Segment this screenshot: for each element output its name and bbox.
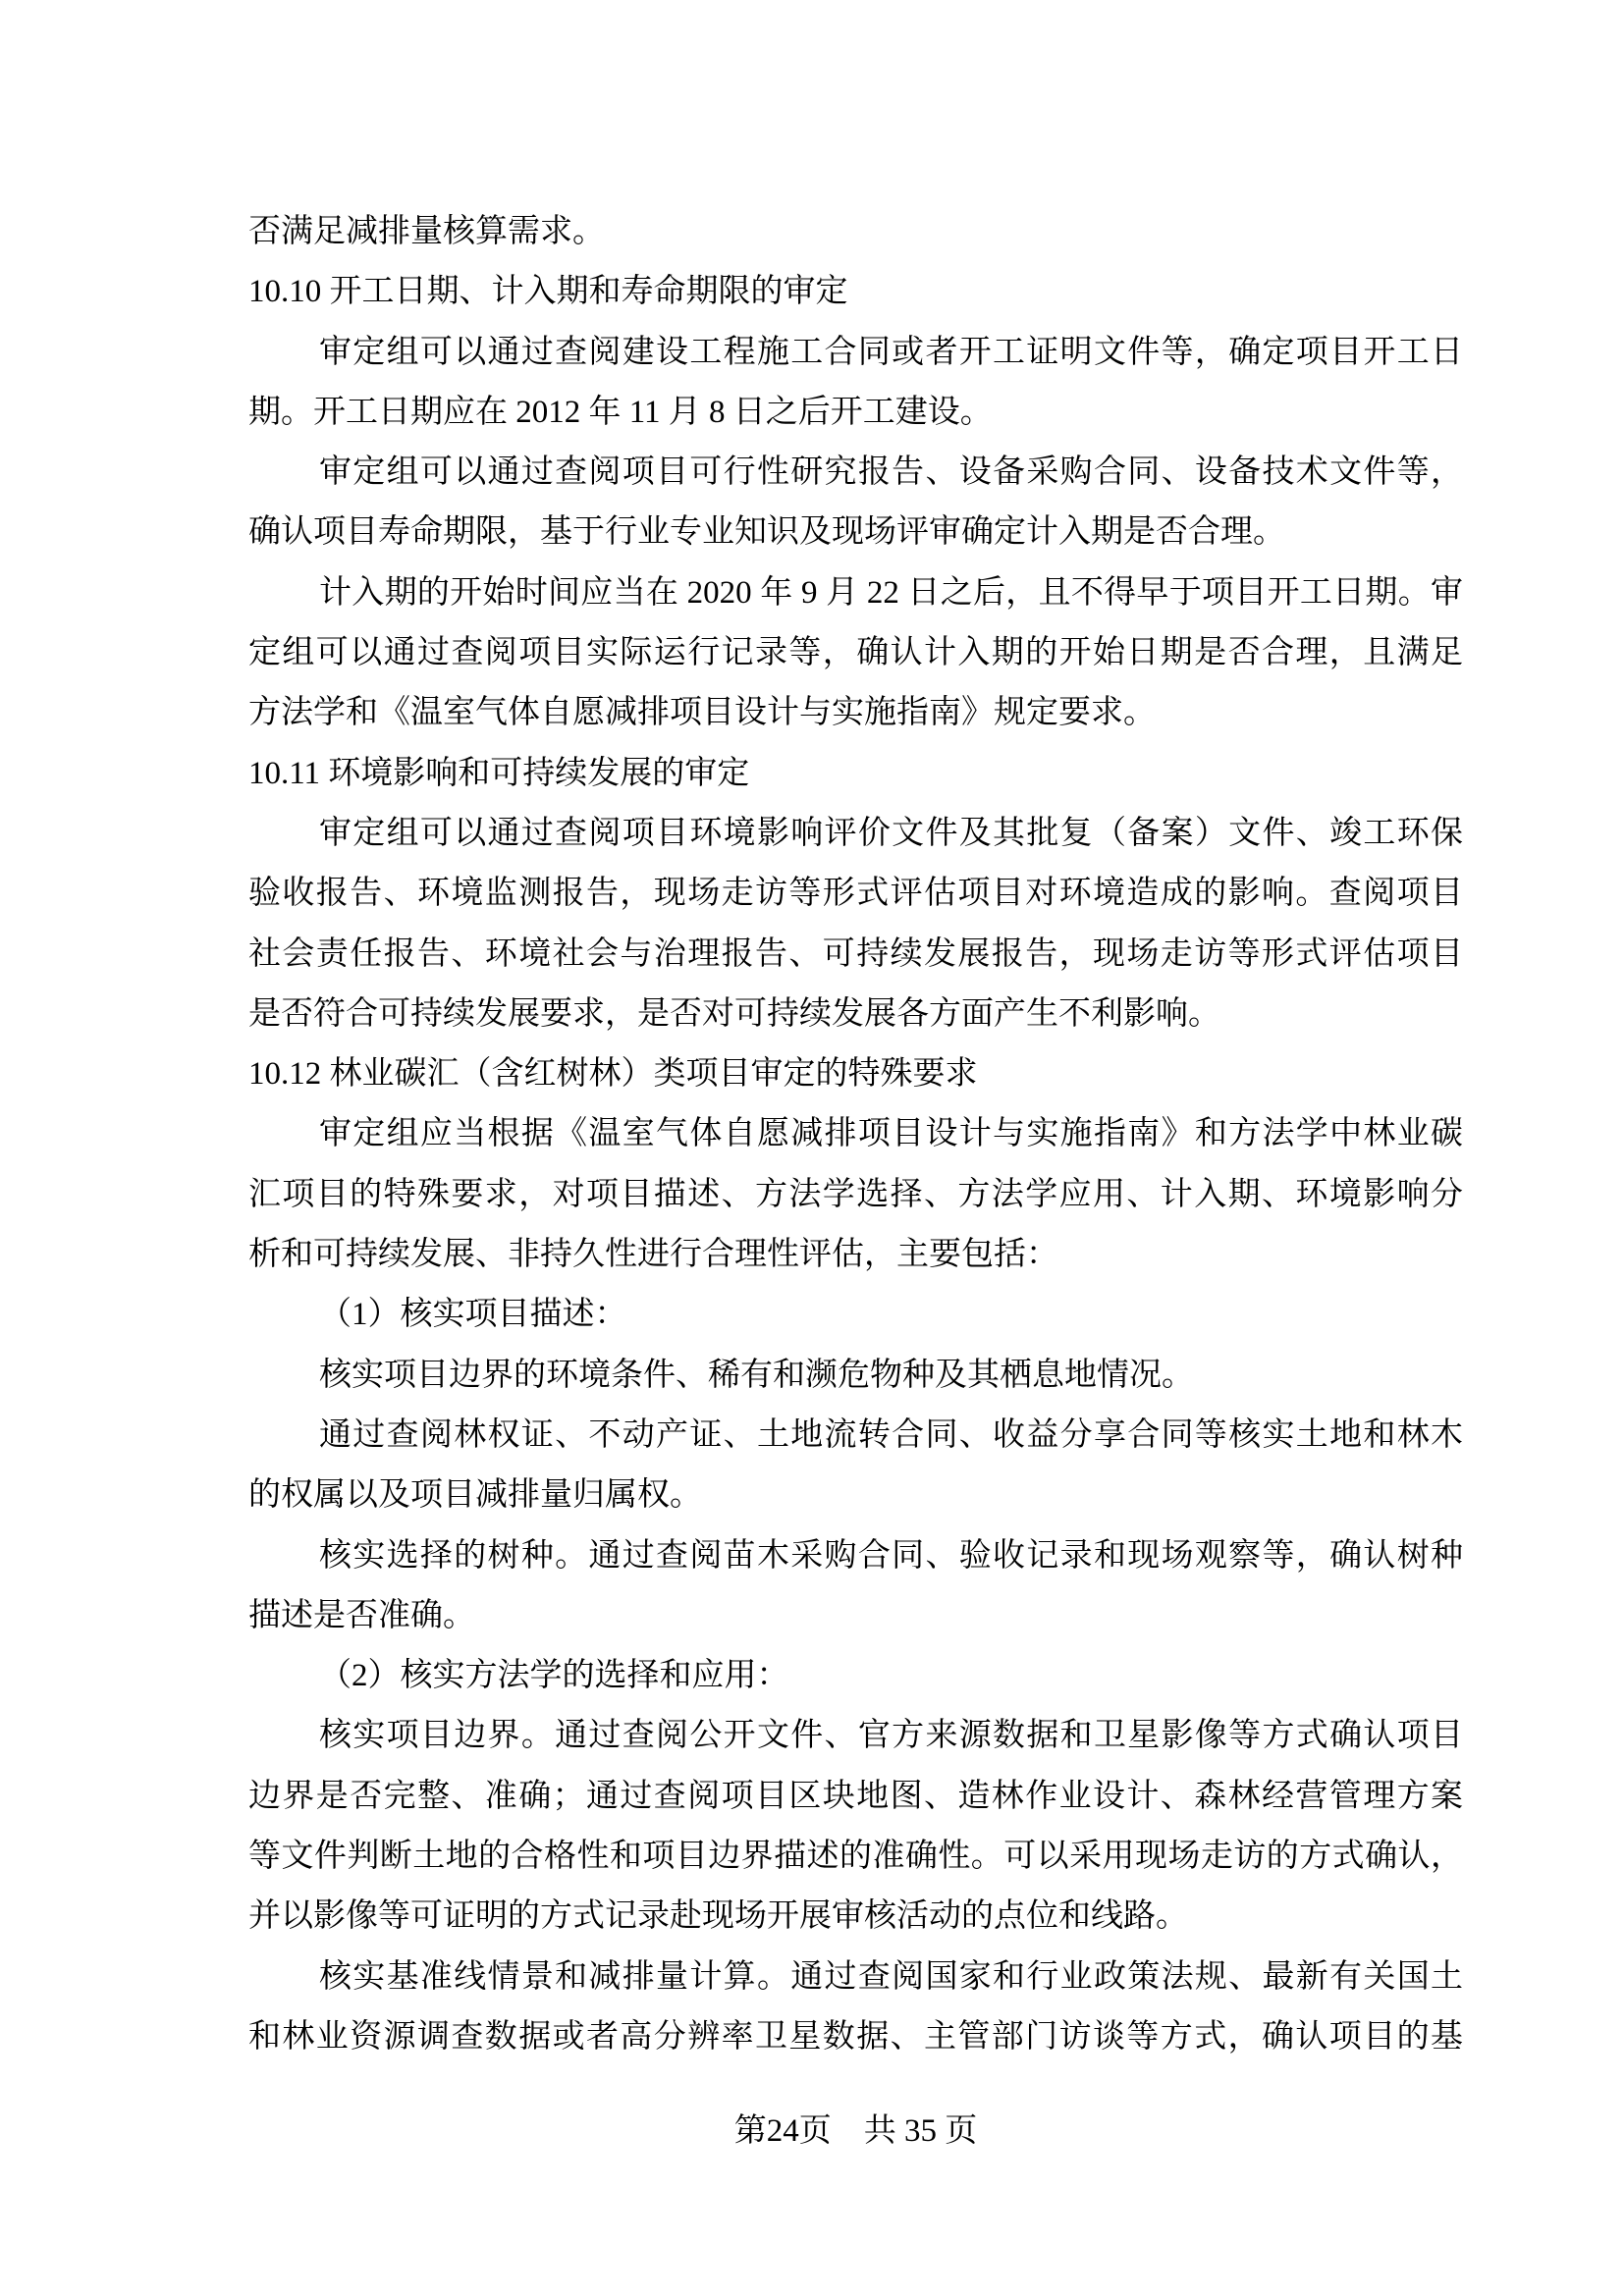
text-line: 并以影像等可证明的方式记录赴现场开展审核活动的点位和线路。 (248, 1887, 1463, 1947)
document-body: 否满足减排量核算需求。10.10 开工日期、计入期和寿命期限的审定审定组可以通过… (248, 202, 1463, 2067)
text-line: 确认项目寿命期限，基于行业专业知识及现场评审确定计入期是否合理。 (248, 503, 1463, 562)
text-line: （2）核实方法学的选择和应用： (248, 1646, 1463, 1706)
text-line: 方法学和《温室气体自愿减排项目设计与实施指南》规定要求。 (248, 683, 1463, 743)
footer-page-label: 第24页 共 35 页 (734, 2113, 978, 2149)
text-line: 审定组可以通过查阅项目环境影响评价文件及其批复（备案）文件、竣工环保 (248, 804, 1463, 864)
text-line: 审定组可以通过查阅项目可行性研究报告、设备采购合同、设备技术文件等， (248, 443, 1463, 503)
text-line: 汇项目的特殊要求，对项目描述、方法学选择、方法学应用、计入期、环境影响分 (248, 1165, 1463, 1225)
text-line: 边界是否完整、准确；通过查阅项目区块地图、造林作业设计、森林经营管理方案 (248, 1767, 1463, 1827)
text-line: 审定组应当根据《温室气体自愿减排项目设计与实施指南》和方法学中林业碳 (248, 1104, 1463, 1164)
text-line: 否满足减排量核算需求。 (248, 202, 1463, 262)
text-line: 和林业资源调查数据或者高分辨率卫星数据、主管部门访谈等方式，确认项目的基 (248, 2007, 1463, 2067)
text-line: 描述是否准确。 (248, 1586, 1463, 1646)
section-heading: 10.12 林业碳汇（含红树林）类项目审定的特殊要求 (248, 1044, 1463, 1104)
text-line: 验收报告、环境监测报告，现场走访等形式评估项目对环境造成的影响。查阅项目 (248, 864, 1463, 924)
section-heading: 10.11 环境影响和可持续发展的审定 (248, 744, 1463, 804)
text-line: （1）核实项目描述： (248, 1285, 1463, 1345)
text-line: 等文件判断土地的合格性和项目边界描述的准确性。可以采用现场走访的方式确认， (248, 1827, 1463, 1887)
text-line: 计入期的开始时间应当在 2020 年 9 月 22 日之后，且不得早于项目开工日… (248, 563, 1463, 623)
text-line: 通过查阅林权证、不动产证、土地流转合同、收益分享合同等核实土地和林木 (248, 1406, 1463, 1466)
text-line: 期。开工日期应在 2012 年 11 月 8 日之后开工建设。 (248, 383, 1463, 443)
page: 否满足减排量核算需求。10.10 开工日期、计入期和寿命期限的审定审定组可以通过… (0, 0, 1624, 2296)
text-line: 审定组可以通过查阅建设工程施工合同或者开工证明文件等，确定项目开工日 (248, 323, 1463, 383)
text-line: 核实基准线情景和减排量计算。通过查阅国家和行业政策法规、最新有关国土 (248, 1948, 1463, 2007)
text-line: 核实项目边界。通过查阅公开文件、官方来源数据和卫星影像等方式确认项目 (248, 1706, 1463, 1766)
text-line: 的权属以及项目减排量归属权。 (248, 1466, 1463, 1525)
text-line: 核实选择的树种。通过查阅苗木采购合同、验收记录和现场观察等，确认树种 (248, 1526, 1463, 1586)
text-line: 社会责任报告、环境社会与治理报告、可持续发展报告，现场走访等形式评估项目 (248, 925, 1463, 985)
text-line: 析和可持续发展、非持久性进行合理性评估，主要包括： (248, 1225, 1463, 1285)
text-line: 是否符合可持续发展要求，是否对可持续发展各方面产生不利影响。 (248, 985, 1463, 1044)
text-line: 核实项目边界的环境条件、稀有和濒危物种及其栖息地情况。 (248, 1346, 1463, 1406)
section-heading: 10.10 开工日期、计入期和寿命期限的审定 (248, 262, 1463, 322)
page-footer: 第24页 共 35 页 (248, 2102, 1463, 2162)
text-line: 定组可以通过查阅项目实际运行记录等，确认计入期的开始日期是否合理，且满足 (248, 623, 1463, 683)
